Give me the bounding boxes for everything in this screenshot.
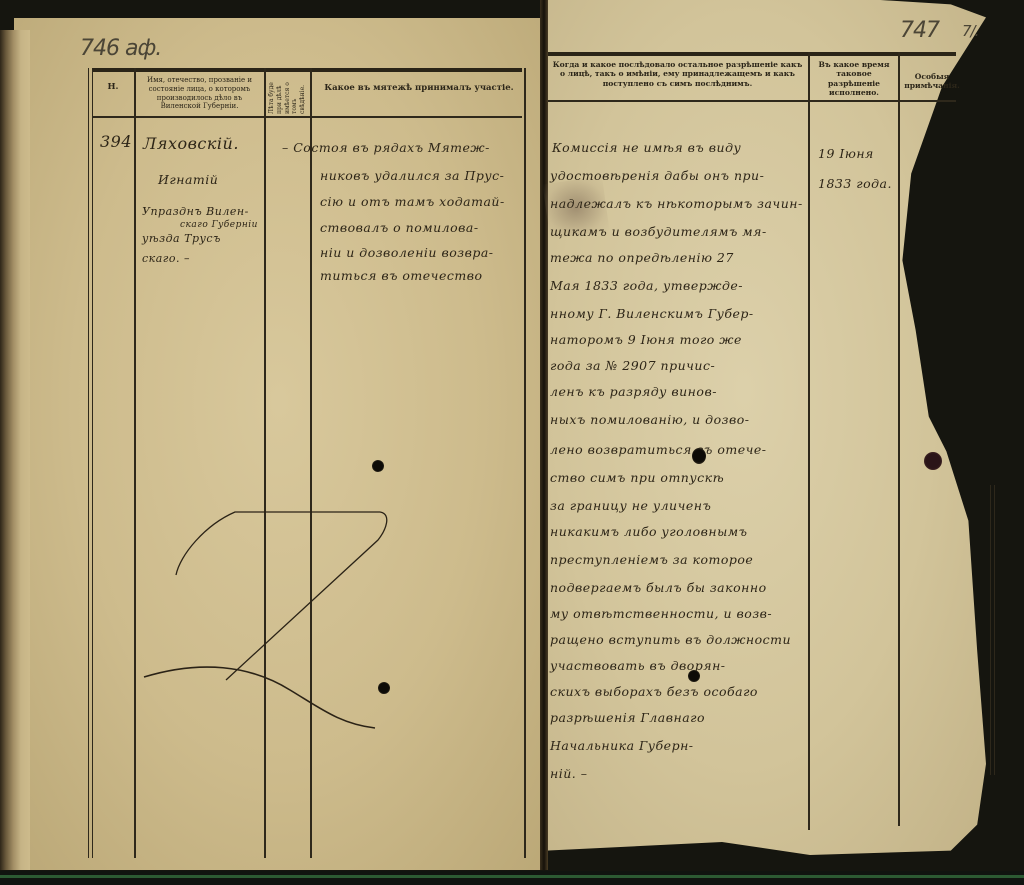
entry-name-line: скаго. – (142, 252, 190, 265)
header-number: Н. (92, 82, 134, 93)
participation-line: титься въ отечество (320, 268, 483, 283)
right-page-number-note: 7/. (962, 22, 978, 40)
book-spine (540, 0, 548, 870)
header-remarks: Особыя примѣчанія. (900, 72, 964, 91)
resolution-line: скихъ выборахъ безъ особаго (550, 684, 758, 699)
resolution-line: подвергаемъ былъ бы законно (550, 580, 767, 595)
column-divider (134, 68, 136, 858)
header-age: Лѣта буде при дѣлѣ имѣется о томъ свѣдѣн… (268, 70, 307, 114)
entry-name-line: Упразднъ Вилен- (142, 205, 249, 218)
entry-given-name: Игнатій (158, 172, 218, 187)
column-divider (264, 68, 266, 858)
column-divider (898, 52, 900, 826)
participation-line: никовъ удалился за Прус- (320, 168, 504, 183)
participation-line: сію и отъ тамъ ходатай- (320, 194, 505, 209)
scanner-bottom-strip (0, 871, 1024, 885)
column-divider (524, 68, 526, 858)
resolution-line: года за № 2907 причис- (550, 358, 715, 373)
resolution-line: Мая 1833 года, утвержде- (550, 278, 743, 293)
paper-hole (924, 452, 942, 470)
resolution-line: ній. – (550, 766, 587, 781)
resolution-line: участвовать въ дворян- (550, 658, 726, 673)
resolution-line: лено возвратиться въ отече- (550, 442, 767, 457)
header-resolution: Когда и какое послѣдовало остальное разр… (549, 60, 806, 88)
resolution-line: за границу не уличенъ (550, 498, 711, 513)
table-top-rule-right (548, 52, 956, 56)
header-participation: Какое въ мятежѣ принималъ участіе. (314, 83, 524, 94)
executed-date: 19 Іюня (818, 146, 874, 161)
resolution-line: Начальника Губерн- (550, 738, 694, 753)
resolution-line: разрѣшенія Главнаго (550, 710, 705, 725)
column-divider (808, 52, 810, 830)
resolution-line: ство симъ при отпускѣ (550, 470, 724, 485)
resolution-line: ныхъ помилованію, и дозво- (550, 412, 749, 427)
resolution-line: никакимъ либо уголовнымъ (550, 524, 748, 539)
table-top-rule-left (92, 68, 522, 72)
resolution-line: нному Г. Виленскимъ Губер- (550, 306, 754, 321)
resolution-line: му отвѣтственности, и возв- (550, 606, 772, 621)
executed-year: 1833 года. (818, 176, 892, 191)
header-executed: Въ какое время таковое разрѣшеніе исполн… (811, 60, 897, 98)
resolution-line: преступленіемъ за которое (550, 552, 753, 567)
paper-hole (378, 682, 390, 694)
header-bottom-rule-right (548, 100, 956, 102)
left-page-number: 746 аф. (80, 36, 161, 61)
header-name: Имя, отечество, прозваніе и состояніе ли… (137, 76, 262, 111)
resolution-line: наторомъ 9 Іюня того же (550, 332, 742, 347)
header-bottom-rule-left (92, 116, 522, 118)
resolution-line: тежа по опредѣленію 27 (550, 250, 734, 265)
resolution-line: щикамъ и возбудителямъ мя- (550, 224, 767, 239)
resolution-line: ленъ къ разряду винов- (550, 384, 717, 399)
participation-line: ніи и дозволеніи возвра- (320, 245, 494, 260)
right-page-number: 747 (900, 18, 939, 43)
entry-name-line: скаго Губерніи (180, 220, 258, 230)
paper-hole (692, 448, 706, 464)
resolution-line: надлежалъ къ нѣкоторымъ зачин- (550, 196, 803, 211)
paper-hole (372, 460, 384, 472)
resolution-line: удостовѣренія дабы онъ при- (550, 168, 764, 183)
participation-line: – Состоя въ рядахъ Мятеж- (282, 140, 490, 155)
book-page-edges (0, 30, 30, 870)
column-divider (310, 68, 312, 858)
participation-line: ствовалъ о помилова- (320, 220, 479, 235)
paper-hole (688, 670, 700, 682)
resolution-line: Комиссія не имѣя въ виду (552, 140, 741, 155)
green-stripe (0, 875, 1024, 878)
right-table-outer-border (990, 485, 995, 775)
entry-number: 394 (100, 132, 132, 151)
entry-surname: Ляховскій. (143, 134, 239, 153)
left-table-outer-border (88, 68, 93, 858)
entry-name-line: уѣзда Трусъ (142, 232, 221, 245)
resolution-line: ращено вступить въ должности (550, 632, 791, 647)
